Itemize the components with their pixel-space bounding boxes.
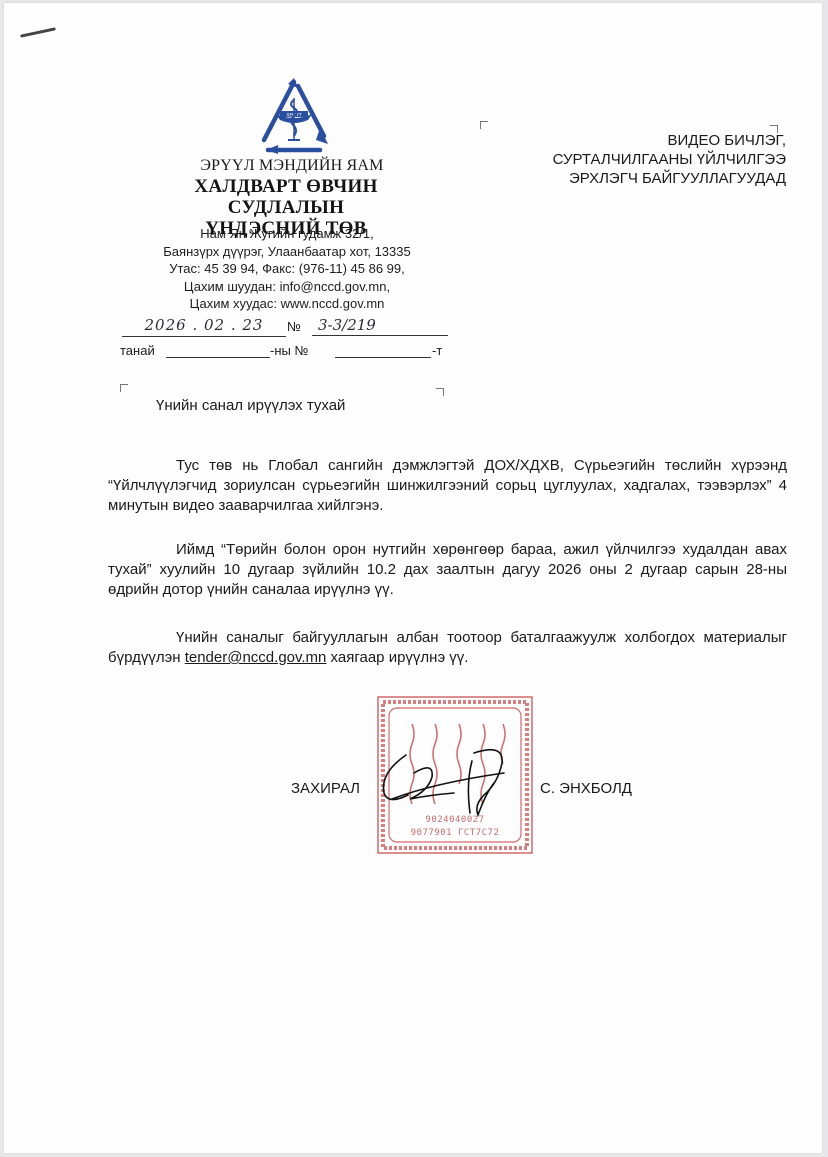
blank-line	[335, 357, 431, 358]
pen-mark	[20, 27, 56, 37]
body-paragraph-2: Иймд “Төрийн болон орон нутгийн хөрөнгөө…	[108, 540, 787, 600]
corner-mark	[120, 384, 128, 392]
document-page: ХӨСҮТ ЭРҮҮЛ МЭНДИЙН ЯАМ ХАЛДВАРТ ӨВЧИН С…	[4, 3, 822, 1153]
reference-number: 3-3/219	[312, 316, 448, 336]
organization-address: Нам Ян Жугийн гудамж 32/1, Баянзүрх дүүр…	[112, 225, 462, 313]
stamp-number-2: 9077901 ГСТ7С72	[377, 828, 533, 838]
corner-mark	[480, 121, 488, 129]
signatory-name: С. ЭНХБОЛД	[540, 780, 632, 797]
organization-logo-icon: ХӨСҮТ	[256, 78, 332, 156]
ministry-name: ЭРҮҮЛ МЭНДИЙН ЯАМ	[154, 157, 430, 175]
blank-line	[166, 357, 270, 358]
recipient-block: ВИДЕО БИЧЛЭГ, СУРТАЛЧИЛГААНЫ ҮЙЛЧИЛГЭЭ Э…	[504, 131, 786, 188]
reference-row: 2026 . 02 . 23 № 3-3/219	[116, 316, 451, 338]
reference-number-label: №	[287, 319, 301, 334]
your-reference-row: танай -ны № -т	[120, 343, 450, 363]
signatory-title: ЗАХИРАЛ	[291, 780, 360, 797]
body-paragraph-1: Тус төв нь Глобал сангийн дэмжлэгтэй ДОХ…	[108, 456, 787, 516]
corner-mark	[436, 388, 444, 396]
tender-email-link[interactable]: tender@nccd.gov.mn	[185, 649, 327, 666]
body-paragraph-3: Үнийн саналыг байгууллагын албан тоотоор…	[108, 628, 787, 668]
letter-subject: Үнийн санал ирүүлэх тухай	[156, 397, 345, 414]
reference-date: 2026 . 02 . 23	[122, 316, 286, 337]
handwritten-signature-icon	[374, 743, 524, 823]
